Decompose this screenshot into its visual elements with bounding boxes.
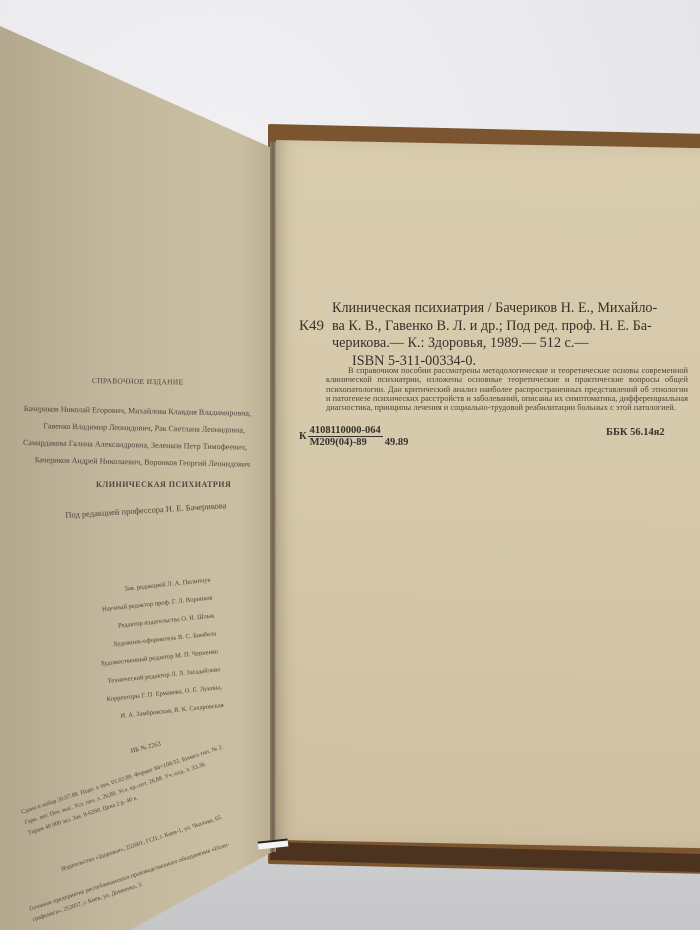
catalog-line: черикова.— К.: Здоровья, 1989.— 512 с.— [332, 335, 692, 353]
abstract-paragraph: В справочном пособии рассмотрены методол… [326, 366, 688, 412]
edition-type: СПРАВОЧНОЕ ИЗДАНИЕ [92, 376, 184, 387]
classification-denominator: М209(04)-89 [308, 437, 383, 448]
book-gutter [270, 142, 276, 852]
classification-numerator: 4108110000-064 [308, 425, 383, 437]
authors-list: Бачериков Николай Егорович, Михайлова Кл… [23, 400, 252, 473]
classification-prefix: К [299, 431, 307, 442]
credits-list: Зав. редакцией Л. А. Пилипчук Научный ре… [92, 572, 225, 728]
catalog-line: Клиническая психиатрия / Бачериков Н. Е.… [332, 300, 692, 318]
bbk-code: ББК 56.14я2 [606, 427, 665, 438]
index-code: К49 [299, 318, 324, 335]
right-page [276, 140, 700, 848]
catalog-entry: Клиническая психиатрия / Бачериков Н. Е.… [332, 300, 692, 370]
book-title: КЛИНИЧЕСКАЯ ПСИХИАТРИЯ [96, 480, 231, 489]
classification-fraction: 4108110000-064М209(04)-89 [308, 425, 383, 448]
classification-code: К4108110000-064М209(04)-8949.89 [299, 425, 408, 448]
price-code: 49.89 [385, 437, 409, 448]
catalog-line: ва К. В., Гавенко В. Л. и др.; Под ред. … [332, 318, 692, 336]
